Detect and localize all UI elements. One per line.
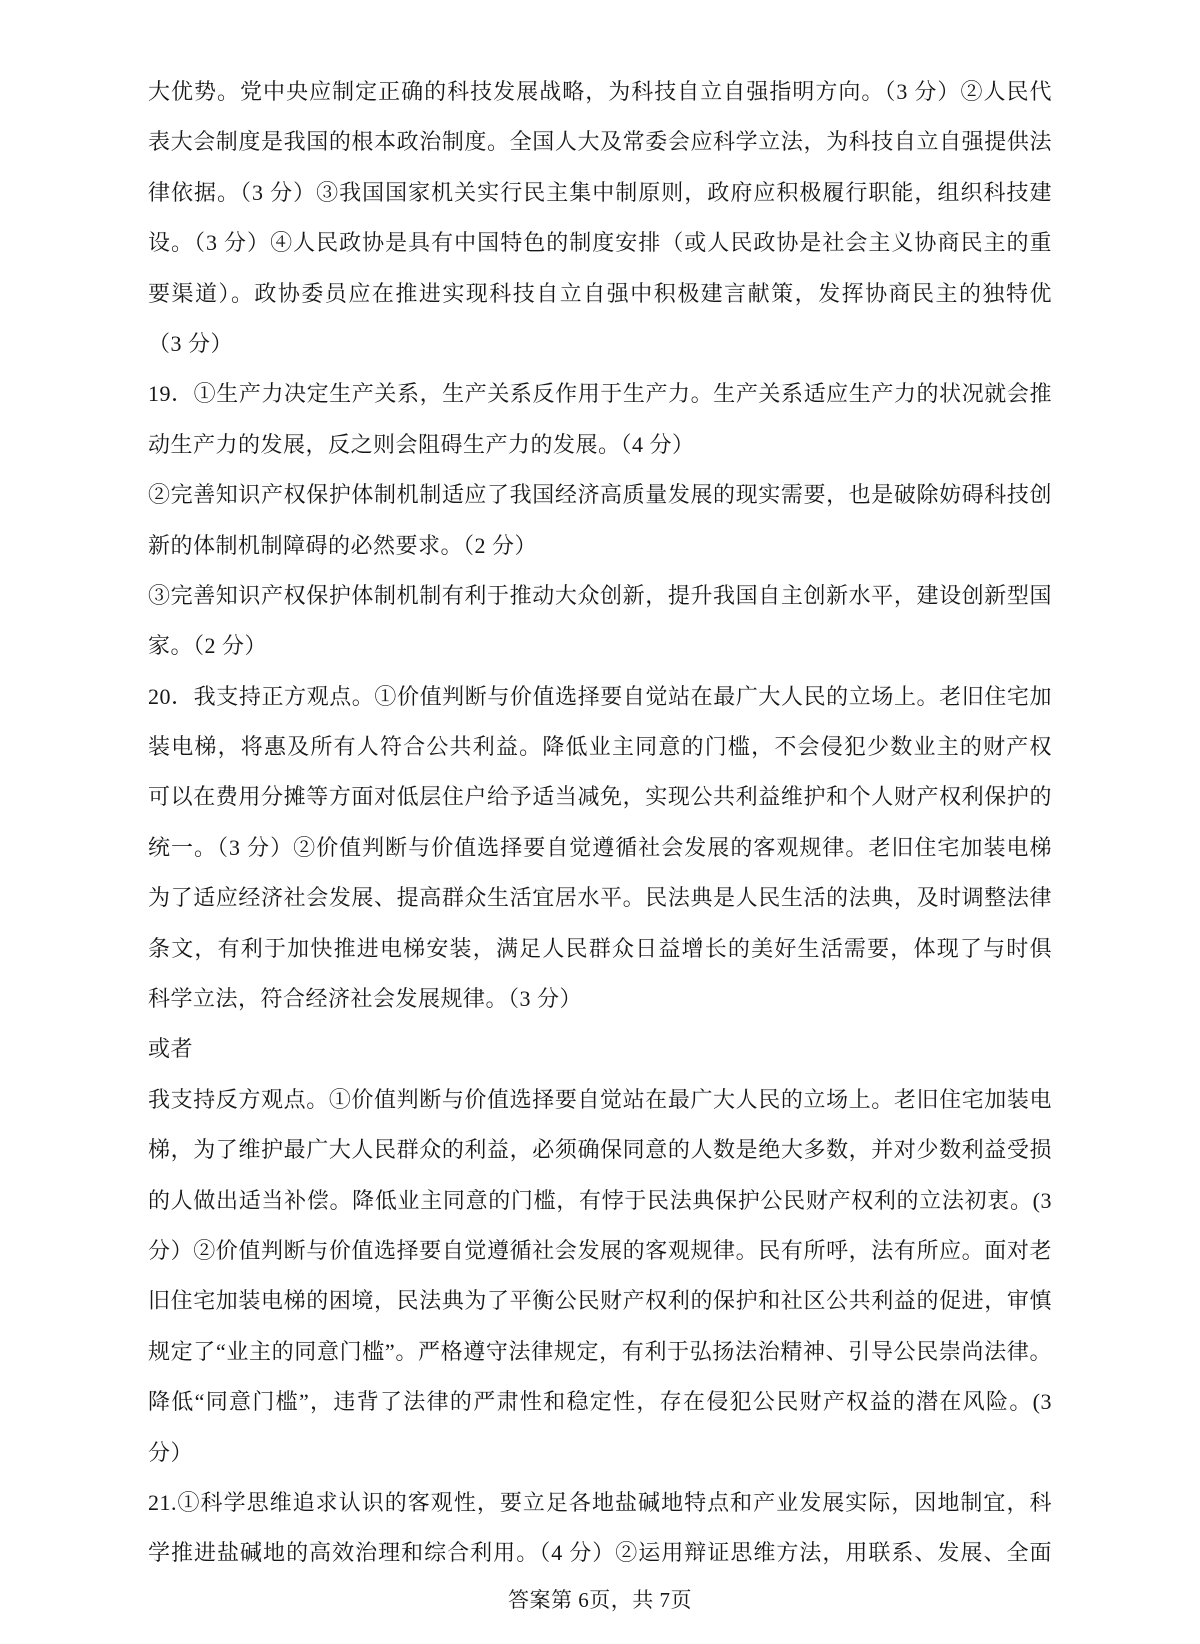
answer-line: 学推进盐碱地的高效治理和综合利用。（4 分）②运用辩证思维方法，用联系、发展、全… [148,1528,1052,1578]
answer-line: 要渠道）。政协委员应在推进实现科技自立自强中积极建言献策，发挥协商民主的独特优势… [148,269,1052,319]
answer-line-question-20: 20．我支持正方观点。①价值判断与价值选择要自觉站在最广大人民的立场上。老旧住宅… [148,672,1052,722]
answer-line: 为了适应经济社会发展、提高群众生活宜居水平。民法典是人民生活的法典，及时调整法律 [148,873,1052,923]
answer-document-page: 大优势。党中央应制定正确的科技发展战略，为科技自立自强指明方向。（3 分）②人民… [0,0,1200,1644]
answer-line: 设。（3 分）④人民政协是具有中国特色的制度安排（或人民政协是社会主义协商民主的… [148,218,1052,268]
answer-line: 大优势。党中央应制定正确的科技发展战略，为科技自立自强指明方向。（3 分）②人民… [148,67,1052,117]
answer-line: 我支持反方观点。①价值判断与价值选择要自觉站在最广大人民的立场上。老旧住宅加装电 [148,1075,1052,1125]
answer-line: 律依据。（3 分）③我国国家机关实行民主集中制原则，政府应积极履行职能，组织科技… [148,168,1052,218]
answer-line: 的人做出适当补偿。降低业主同意的门槛，有悖于民法典保护公民财产权利的立法初衷。(… [148,1176,1052,1226]
answer-line-question-21: 21.①科学思维追求认识的客观性，要立足各地盐碱地特点和产业发展实际，因地制宜，… [148,1478,1052,1528]
answer-line: 表大会制度是我国的根本政治制度。全国人大及常委会应科学立法，为科技自立自强提供法 [148,117,1052,167]
answer-line: 分）②价值判断与价值选择要自觉遵循社会发展的客观规律。民有所呼，法有所应。面对老 [148,1226,1052,1276]
answer-line: （3 分） [148,319,1052,369]
answer-line: 可以在费用分摊等方面对低层住户给予适当减免，实现公共利益维护和个人财产权利保护的 [148,772,1052,822]
answer-line-or-separator: 或者 [148,1024,1052,1074]
answer-line: ③完善知识产权保护体制机制有利于推动大众创新，提升我国自主创新水平，建设创新型国 [148,571,1052,621]
answer-line: ②完善知识产权保护体制机制适应了我国经济高质量发展的现实需要，也是破除妨碍科技创 [148,470,1052,520]
answer-line: 装电梯，将惠及所有人符合公共利益。降低业主同意的门槛，不会侵犯少数业主的财产权益… [148,722,1052,772]
answer-line: 条文，有利于加快推进电梯安装，满足人民群众日益增长的美好生活需要，体现了与时俱进… [148,924,1052,974]
answer-line: 梯，为了维护最广大人民群众的利益，必须确保同意的人数是绝大多数，并对少数利益受损 [148,1125,1052,1175]
answer-line: 降低“同意门槛”，违背了法律的严肃性和稳定性，存在侵犯公民财产权益的潜在风险。(… [148,1377,1052,1427]
answer-line: 新的体制机制障碍的必然要求。（2 分） [148,521,1052,571]
page-footer: 答案第 6页，共 7页 [0,1584,1200,1616]
answer-line: 规定了“业主的同意门槛”。严格遵守法律规定，有利于弘扬法治精神、引导公民崇尚法律… [148,1327,1052,1377]
answer-line: 科学立法，符合经济社会发展规律。（3 分） [148,974,1052,1024]
answer-line: 统一。（3 分）②价值判断与价值选择要自觉遵循社会发展的客观规律。老旧住宅加装电… [148,823,1052,873]
answer-line-question-19: 19．①生产力决定生产关系，生产关系反作用于生产力。生产关系适应生产力的状况就会… [148,369,1052,419]
answer-line: 动生产力的发展，反之则会阻碍生产力的发展。（4 分） [148,420,1052,470]
answer-line: 旧住宅加装电梯的困境，民法典为了平衡公民财产权利的保护和社区公共利益的促进，审慎 [148,1276,1052,1326]
answer-line: 家。（2 分） [148,621,1052,671]
answer-line: 分） [148,1428,1052,1478]
answer-text-block: 大优势。党中央应制定正确的科技发展战略，为科技自立自强指明方向。（3 分）②人民… [148,67,1052,1579]
